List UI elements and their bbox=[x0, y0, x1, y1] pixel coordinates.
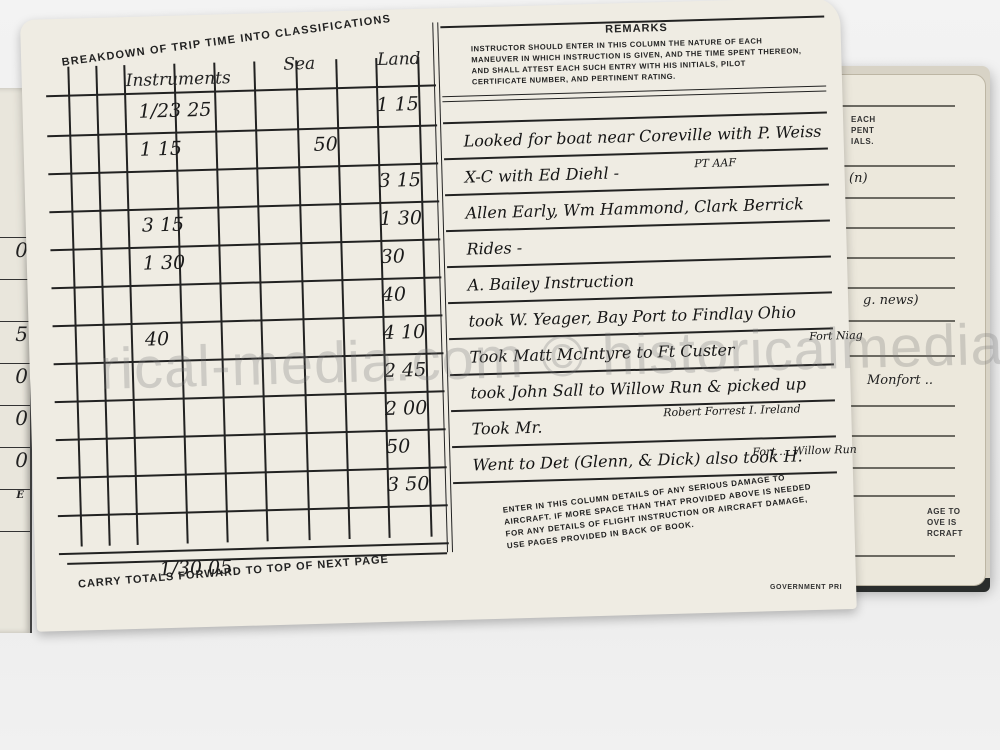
time-entry-land: 30 bbox=[380, 245, 405, 268]
grid-column-line bbox=[253, 61, 268, 541]
column-heading-sea: Sea bbox=[283, 54, 315, 75]
remark-entry: Rides - bbox=[466, 238, 522, 259]
remark-entry: Took Mr. bbox=[471, 418, 542, 439]
time-entry-instruments: 1 15 bbox=[139, 138, 182, 161]
time-entry-instruments: 3 15 bbox=[141, 214, 184, 237]
grid-column-line bbox=[213, 63, 228, 543]
fragment: 0 bbox=[0, 406, 30, 448]
side-note: Fort ... Willow Run bbox=[752, 443, 857, 459]
header-title: BREAKDOWN OF TRIP TIME INTO CLASSIFICATI… bbox=[61, 13, 392, 69]
time-entry-land: 3 15 bbox=[378, 169, 421, 192]
fragment: 0 bbox=[0, 448, 30, 490]
time-entry-land: 1 30 bbox=[379, 207, 422, 230]
time-entry-instruments: 1 30 bbox=[143, 251, 186, 274]
remarks-section: REMARKS INSTRUCTOR SHOULD ENTER IN THIS … bbox=[440, 11, 848, 592]
time-entry-land: 1 15 bbox=[376, 93, 419, 116]
grid-column-line bbox=[335, 59, 350, 539]
time-entry-land: 40 bbox=[382, 283, 407, 306]
logbook-page: BREAKDOWN OF TRIP TIME INTO CLASSIFICATI… bbox=[20, 0, 857, 632]
grid-column-line bbox=[95, 66, 110, 546]
handwriting: g. news) bbox=[863, 293, 919, 308]
carry-totals-row: CARRY TOTALS FORWARD TO TOP OF NEXT PAGE bbox=[67, 552, 448, 605]
remark-entry: X-C with Ed Diehl - bbox=[464, 163, 619, 186]
side-note: Robert Forrest I. Ireland bbox=[663, 402, 801, 419]
time-entry-land: 3 50 bbox=[387, 473, 430, 496]
remark-entry: Allen Early, Wm Hammond, Clark Berrick bbox=[465, 194, 804, 222]
side-note: PT AAF bbox=[694, 156, 736, 170]
fragment: 0 bbox=[0, 364, 30, 406]
fragment: 5 bbox=[0, 322, 30, 364]
fragment: PENT bbox=[851, 126, 874, 135]
grid-column-line bbox=[67, 67, 82, 547]
remark-entry: Looked for boat near Coreville with P. W… bbox=[463, 122, 821, 151]
time-entry-sea: 50 bbox=[313, 133, 338, 156]
handwriting: (n) bbox=[849, 171, 868, 186]
fragment: AGE TO bbox=[927, 507, 961, 516]
time-grid: 1/23 251 151 15503 153 151 301 303040404… bbox=[46, 84, 448, 547]
grid-column-line bbox=[173, 64, 188, 544]
fragment: E bbox=[0, 490, 30, 532]
time-entry-land: 50 bbox=[386, 435, 411, 458]
fragment: OVE IS bbox=[927, 518, 957, 527]
grid-column-line bbox=[295, 60, 310, 540]
grid-column-line bbox=[123, 65, 138, 545]
printer-mark: GOVERNMENT PRI bbox=[770, 584, 842, 591]
grid-column-line bbox=[417, 57, 432, 537]
column-heading-land: Land bbox=[377, 49, 421, 70]
remark-entry: A. Bailey Instruction bbox=[467, 271, 634, 295]
grid-row-line bbox=[59, 542, 449, 554]
time-entry-instruments: 1/23 25 bbox=[138, 99, 211, 123]
fragment: EACH bbox=[851, 115, 876, 124]
remarks-instructions: INSTRUCTOR SHOULD ENTER IN THIS COLUMN T… bbox=[471, 34, 804, 87]
time-entry-land: 2 00 bbox=[385, 397, 428, 420]
fragment: IALS. bbox=[851, 137, 874, 146]
carry-totals-label: CARRY TOTALS FORWARD TO TOP OF NEXT PAGE bbox=[78, 554, 390, 591]
fragment: RCRAFT bbox=[927, 529, 963, 538]
